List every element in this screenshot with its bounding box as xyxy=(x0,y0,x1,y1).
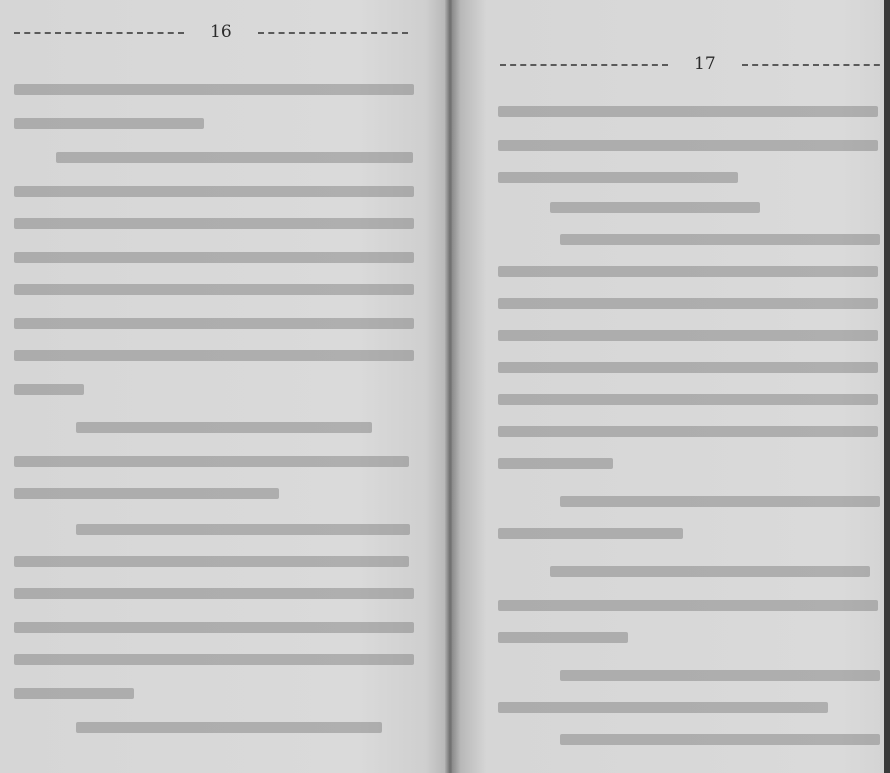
text-line xyxy=(14,186,414,197)
text-line xyxy=(14,350,414,361)
text-line xyxy=(560,496,880,507)
text-line xyxy=(498,600,878,611)
header-rule-right xyxy=(742,64,890,66)
text-line xyxy=(498,298,878,309)
text-line xyxy=(14,688,134,699)
text-line xyxy=(56,152,413,163)
text-line xyxy=(14,218,414,229)
text-line xyxy=(14,384,84,395)
text-line xyxy=(14,622,414,633)
text-line xyxy=(14,284,414,295)
text-line xyxy=(560,670,880,681)
text-line xyxy=(498,528,683,539)
text-line xyxy=(14,318,414,329)
right-page-header: 17 xyxy=(500,56,890,73)
text-line xyxy=(498,172,738,183)
left-page-header: 16 xyxy=(14,24,408,41)
text-line xyxy=(14,654,414,665)
header-rule-right xyxy=(258,32,408,34)
left-page: 16 xyxy=(0,0,448,773)
text-line xyxy=(498,632,628,643)
right-page: 17 xyxy=(452,0,884,773)
header-rule-left xyxy=(500,64,668,66)
text-line xyxy=(498,426,878,437)
page-number-right: 17 xyxy=(668,56,742,73)
text-line xyxy=(14,556,409,567)
text-line xyxy=(498,362,878,373)
text-line xyxy=(498,266,878,277)
text-line xyxy=(498,394,878,405)
text-line xyxy=(76,422,372,433)
text-line xyxy=(14,588,414,599)
text-line xyxy=(14,252,414,263)
text-line xyxy=(14,118,204,129)
text-line xyxy=(76,722,382,733)
text-line xyxy=(550,566,870,577)
text-line xyxy=(498,330,878,341)
text-line xyxy=(550,202,760,213)
text-line xyxy=(498,106,878,117)
text-line xyxy=(498,702,828,713)
text-line xyxy=(560,734,880,745)
text-line xyxy=(560,234,880,245)
page-number-left: 16 xyxy=(184,24,258,41)
text-line xyxy=(498,140,878,151)
text-line xyxy=(14,488,279,499)
text-line xyxy=(14,84,414,95)
header-rule-left xyxy=(14,32,184,34)
text-line xyxy=(14,456,409,467)
text-line xyxy=(498,458,613,469)
page-edge-shadow xyxy=(884,0,890,773)
text-line xyxy=(76,524,410,535)
